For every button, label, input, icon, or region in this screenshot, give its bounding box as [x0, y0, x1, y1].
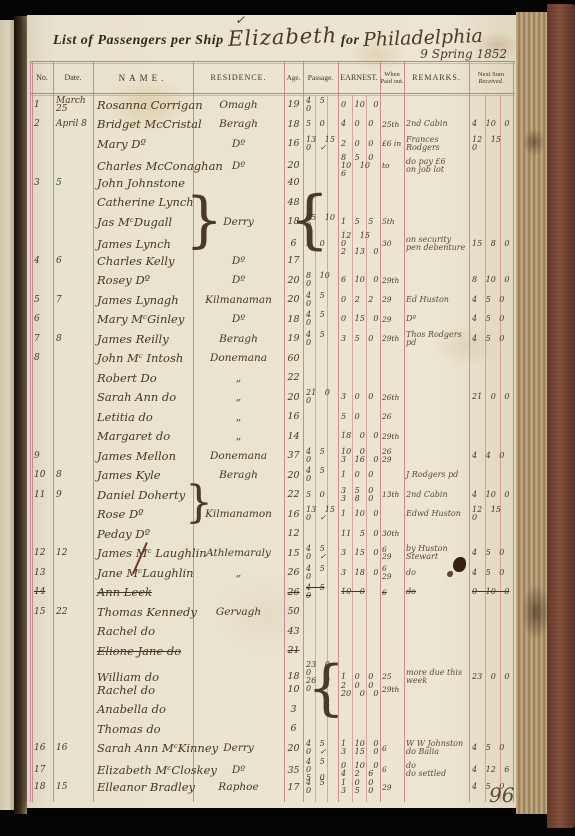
cell-pas: 4 5 0 ✓ — [303, 545, 338, 561]
cell-pas: 15 10 0 — [303, 214, 338, 230]
cell-rem: Frances Rodgers — [404, 136, 469, 152]
cell-pas: 5 0 — [303, 491, 338, 499]
ledger-row: Charles McConaghanDº208 5 0 10 10 6todo … — [31, 154, 514, 174]
cell-when: 29 — [380, 296, 404, 304]
ledger-row: 9James MellonDonemana374 5 010 0 3 16 02… — [31, 446, 514, 466]
ledger-row: 6Mary MᶜGinleyDº184 5 00 15 029Dº4 5 0 — [31, 310, 514, 330]
cell-pas: 4 5 0 — [303, 467, 338, 483]
cell-name: Robert Do — [93, 371, 193, 385]
cell-ear: 0 2 2 — [338, 296, 380, 304]
cell-name: Sarah Ann MᶜKinney — [93, 741, 193, 755]
bottom-total: 96 — [489, 783, 514, 807]
cell-ear: 3 0 0 — [338, 393, 380, 401]
cell-age: 14 — [284, 431, 303, 442]
ledger-row: 119Daniel Doherty225 03 5 0 3 8 013th2nd… — [31, 485, 514, 505]
cell-age: 43 — [284, 626, 303, 637]
cell-when: 29th — [380, 433, 404, 441]
cell-next: 4 10 0 — [469, 491, 514, 499]
ledger-row: Letitia do„165 026 — [31, 407, 514, 427]
cell-age: 22 — [284, 372, 303, 383]
ledger-row: 13Jane MᶜLaughlin„264 5 03 18 06 29do4 5… — [31, 563, 514, 583]
cell-date: 6 — [53, 257, 93, 265]
cell-ear: 1 10 0 3 15 0 — [338, 740, 380, 756]
cell-no: 8 — [31, 354, 53, 362]
cell-pas: 13 15 0 ✓ — [303, 136, 338, 152]
cell-name: James Kyle — [93, 468, 193, 482]
cell-no: 4 — [31, 257, 53, 265]
cell-no: 17 — [31, 766, 53, 774]
cell-age: 20 — [284, 392, 303, 403]
cell-no: 5 — [31, 296, 53, 304]
cell-age: 18 — [284, 314, 303, 325]
ledger-row: 17Elizabeth MᶜCloskeyDº354 5 0 5 00 10 0… — [31, 758, 514, 778]
cell-res: „ — [193, 372, 284, 384]
cell-pas: 4 5 0 — [303, 292, 338, 308]
cell-res: Derry — [193, 742, 284, 754]
cell-ear: 1 10 0 — [338, 510, 380, 518]
cell-date: 16 — [53, 744, 93, 752]
cell-name: Rachel do — [93, 683, 193, 697]
ledger-row: 1522Thomas KennedyGervagh50 — [31, 602, 514, 622]
ledger-row: Thomas do6 — [31, 719, 514, 739]
cell-age: 18 — [284, 119, 303, 130]
cell-name: Thomas Kennedy — [93, 605, 193, 619]
cell-next: 4 5 0 — [469, 569, 514, 577]
cell-date: 7 — [53, 296, 93, 304]
cell-name: Anabella do — [93, 702, 193, 716]
cell-res: Gervagh — [193, 606, 284, 618]
cell-age: 20 — [284, 294, 303, 305]
ledger-row: 57James LynaghKilmanaman204 5 00 2 229Ed… — [31, 290, 514, 310]
cell-when: 29 — [380, 784, 404, 792]
cell-ear: 2 0 0 20 0 0 — [338, 682, 380, 698]
cell-pas: 4 5 0 — [303, 565, 338, 581]
cell-res: Dº — [193, 255, 284, 267]
cell-no: 10 — [31, 471, 53, 479]
cell-name: Rosanna Corrigan — [93, 98, 193, 112]
cell-no: 3 — [31, 179, 53, 187]
cell-when: 30th — [380, 530, 404, 538]
cell-res: Omagh — [193, 99, 284, 111]
cell-name: Sarah Ann do — [93, 390, 193, 404]
cell-name: Mary Dº — [93, 137, 193, 151]
cell-when: 29th — [380, 277, 404, 285]
cell-date: 22 — [53, 608, 93, 616]
header-date: Date. — [53, 62, 93, 93]
cell-rem: do — [404, 588, 469, 596]
cell-no: 14 — [31, 588, 53, 596]
ledger-row: William do1823 0 0 26 0 01 0 025more due… — [31, 661, 514, 681]
ledger-row: 108James KyleBeragh204 5 01 0 0J Rodgers… — [31, 466, 514, 486]
header-next-sum-line2: Received. — [478, 78, 503, 85]
cell-when: 6 — [380, 589, 404, 597]
cell-name: Bridget McCristal — [93, 117, 193, 131]
cell-next: 21 0 0 — [469, 393, 514, 401]
cell-age: 6 — [284, 723, 303, 734]
title-printed: List of Passengers per Ship — [53, 33, 224, 49]
cell-next: 4 4 0 — [469, 452, 514, 460]
cell-age: 26 — [284, 567, 303, 578]
cell-pas: 4 5 0 — [303, 584, 338, 600]
cell-when: 13th — [380, 491, 404, 499]
cell-ear: 0 15 0 — [338, 315, 380, 323]
cell-rem: do do settled — [404, 762, 469, 778]
ledger-row: 8John Mᶜ IntoshDonemana60 — [31, 349, 514, 369]
ledger-row: Rachel do102 0 0 20 0 029th — [31, 680, 514, 700]
cell-when: 26 29 — [380, 448, 404, 463]
cell-next: 0 10 0 — [469, 588, 514, 596]
header-remarks: REMARKS. — [404, 62, 469, 93]
cell-age: 12 — [284, 528, 303, 539]
cell-pas: 5 0 — [303, 120, 338, 128]
header-earnest: EARNEST. — [338, 62, 380, 93]
cell-ear: 3 15 0 — [338, 549, 380, 557]
cell-age: 20 — [284, 160, 303, 171]
cell-rem: Ed Huston — [404, 296, 469, 304]
ledger-row: 14Ann Leek264 5 010 06do0 10 0 — [31, 583, 514, 603]
cell-when: 6 29 — [380, 546, 404, 561]
cell-pas: 3 0 — [303, 240, 338, 248]
header-name: NAME. — [93, 62, 193, 93]
cell-age: 3 — [284, 704, 303, 715]
previous-page-edge — [0, 20, 14, 810]
cell-age: 60 — [284, 353, 303, 364]
cell-name: Charles Kelly — [93, 254, 193, 268]
ledger-row: Rachel do43 — [31, 622, 514, 642]
cell-date: March 25 — [53, 97, 93, 113]
ledger-row: Robert Do„22 — [31, 368, 514, 388]
cell-next: 8 10 0 — [469, 276, 514, 284]
cell-next: 4 5 0 — [469, 335, 514, 343]
cell-no: 2 — [31, 120, 53, 128]
cell-res: „ — [193, 411, 284, 423]
cell-next: 15 8 0 — [469, 240, 514, 248]
ledger-row: Jas MᶜDugallDerry1815 10 01 5 55th — [31, 212, 514, 232]
cell-age: 10 — [284, 684, 303, 695]
cell-ear: 1 0 0 — [338, 471, 380, 479]
cell-next: 12 15 0 — [469, 506, 514, 522]
cell-when: £6 in — [380, 140, 404, 148]
cell-age: 21 — [284, 645, 303, 656]
page-fore-edge — [516, 12, 547, 814]
cell-next: 4 5 0 — [469, 744, 514, 752]
cell-next: 4 12 6 — [469, 766, 514, 774]
header-rule-bottom — [30, 93, 515, 94]
ledger-row: 1212James Mᶜ LaughlinAthlemaraly154 5 0 … — [31, 544, 514, 564]
cell-res: Donemana — [193, 352, 284, 364]
cell-rem: 2nd Cabin — [404, 491, 469, 499]
cell-no: 11 — [31, 491, 53, 499]
cell-name: Elizabeth MᶜCloskey — [93, 763, 193, 777]
cell-ear: 11 5 0 — [338, 530, 380, 538]
cell-when: to — [380, 162, 404, 170]
cell-ear: 1 5 5 — [338, 218, 380, 226]
cell-ear: 10 0 — [338, 588, 380, 596]
cell-rem: J Rodgers pd — [404, 471, 469, 479]
cell-when: 25th — [380, 121, 404, 129]
cell-no: 15 — [31, 608, 53, 616]
cell-date: 5 — [53, 179, 93, 187]
cell-age: 16 — [284, 138, 303, 149]
cell-when: 29th — [380, 686, 404, 694]
cell-pas: 21 0 0 — [303, 389, 338, 405]
cell-res: Dº — [193, 764, 284, 776]
cell-age: 20 — [284, 470, 303, 481]
cell-rem: do pay £6 on job lot — [404, 158, 469, 174]
cell-ear: 5 0 — [338, 413, 380, 421]
cell-pas: 4 5 0 — [303, 331, 338, 347]
ledger-row: Margaret do„1418 0 029th — [31, 427, 514, 447]
cell-age: 50 — [284, 606, 303, 617]
cell-name: Peday Dº — [93, 527, 193, 541]
check-mark: ✓ — [235, 13, 245, 27]
cell-name: Rose Dº — [93, 507, 193, 521]
ledger-row: Catherine Lynch48 — [31, 193, 514, 213]
cell-next: 12 15 0 — [469, 136, 514, 152]
cell-date: 9 — [53, 491, 93, 499]
cell-date: April 8 — [53, 120, 93, 128]
cell-name: Daniel Doherty — [93, 488, 193, 502]
header-no: No. — [31, 62, 53, 93]
cell-name: John Johnstone — [93, 176, 193, 190]
ledger-row: Peday Dº1211 5 030th — [31, 524, 514, 544]
page-title: List of Passengers per Ship Elizabeth fo… — [53, 25, 509, 49]
cell-res: Dº — [193, 160, 284, 172]
cell-ear: 10 0 3 16 0 — [338, 448, 380, 464]
cell-pas: 4 5 0 — [303, 448, 338, 464]
ledger-row: James Lynch63 012 15 0 2 13 030on securi… — [31, 232, 514, 252]
cell-name: Jane MᶜLaughlin — [93, 566, 193, 580]
cell-res: Raphoe — [193, 781, 284, 793]
header-age: Age. — [284, 62, 303, 93]
header-residence: RESIDENCE. — [193, 62, 284, 93]
cell-age: 17 — [284, 255, 303, 266]
cell-when: 26 — [380, 413, 404, 421]
ledger-row: Rose DºKilmanamon1613 15 0 ✓1 10 0Edwd H… — [31, 505, 514, 525]
cell-res: „ — [193, 391, 284, 403]
ledger-page: List of Passengers per Ship Elizabeth fo… — [27, 15, 516, 808]
cell-name: Ann Leek — [93, 585, 193, 599]
cell-ear: 18 0 0 — [338, 432, 380, 440]
cell-pas: 4 5 0 — [303, 779, 338, 795]
cell-res: „ — [193, 567, 284, 579]
cell-rem: 2nd Cabin — [404, 120, 469, 128]
cell-when: 6 29 — [380, 565, 404, 580]
cell-age: 22 — [284, 489, 303, 500]
cell-name: Thomas do — [93, 722, 193, 736]
cell-age: 19 — [284, 333, 303, 344]
book-cover — [547, 4, 575, 828]
ledger-row: Rosey DºDº208 10 06 10 029th8 10 0 — [31, 271, 514, 291]
cell-age: 18 — [284, 216, 303, 227]
cell-next: 4 5 0 — [469, 315, 514, 323]
cell-age: 15 — [284, 548, 303, 559]
cell-age: 17 — [284, 782, 303, 793]
cell-res: Derry — [193, 216, 284, 228]
cell-age: 20 — [284, 743, 303, 754]
cell-name: Jas MᶜDugall — [93, 215, 193, 229]
cell-ear: 3 5 0 — [338, 335, 380, 343]
cell-name: James Reilly — [93, 332, 193, 346]
cell-name: James Lynch — [93, 237, 193, 251]
cell-res: Beragh — [193, 118, 284, 130]
cell-ear: 3 5 0 3 8 0 — [338, 487, 380, 503]
cell-rem: W W Johnston do Balia — [404, 740, 469, 756]
cell-pas: 4 5 0 — [303, 97, 338, 113]
cell-no: 6 — [31, 315, 53, 323]
cell-res: Dº — [193, 274, 284, 286]
cell-name: James Lynagh — [93, 293, 193, 307]
cell-date: 12 — [53, 549, 93, 557]
ledger-row: 35John Johnstone40 — [31, 173, 514, 193]
cell-rem: Dº — [404, 315, 469, 323]
cell-res: Dº — [193, 313, 284, 325]
cell-res: Beragh — [193, 469, 284, 481]
cell-ear: 0 10 0 — [338, 101, 380, 109]
cell-name: Elleanor Bradley — [93, 780, 193, 794]
ledger-row: 2April 8Bridget McCristalBeragh185 04 0 … — [31, 115, 514, 135]
cell-next: 4 5 0 — [469, 549, 514, 557]
cell-next: 4 5 0 — [469, 296, 514, 304]
ledger-row: 1815Elleanor BradleyRaphoe174 5 01 0 0 3… — [31, 778, 514, 798]
cell-when: 26th — [380, 394, 404, 402]
cell-name: John Mᶜ Intosh — [93, 351, 193, 365]
cell-ear: 2 0 0 — [338, 140, 380, 148]
cell-res: Beragh — [193, 333, 284, 345]
header-next-sum-line1: Next Sum — [478, 71, 504, 78]
cell-no: 9 — [31, 452, 53, 460]
cell-ear: 3 18 0 — [338, 569, 380, 577]
cell-name: Margaret do — [93, 429, 193, 443]
cell-ear: 4 0 0 — [338, 120, 380, 128]
cell-age: 37 — [284, 450, 303, 461]
cell-age: 19 — [284, 99, 303, 110]
ledger-row: 1616Sarah Ann MᶜKinneyDerry204 5 0 ✓1 10… — [31, 739, 514, 759]
cell-next: 4 10 0 — [469, 120, 514, 128]
passenger-rows: 1March 25Rosanna CorriganOmagh194 5 00 1… — [31, 95, 514, 797]
cell-name: Elione Jane do — [93, 644, 193, 658]
cell-name: Rachel do — [93, 624, 193, 638]
cell-age: 6 — [284, 238, 303, 249]
cell-no: 16 — [31, 744, 53, 752]
cell-age: 16 — [284, 509, 303, 520]
cell-when: 6 — [380, 745, 404, 753]
cell-when: 29th — [380, 335, 404, 343]
cell-rem: Edwd Huston — [404, 510, 469, 518]
ledger-row: 46Charles KellyDº17 — [31, 251, 514, 271]
header-passage: Passage. — [303, 62, 338, 93]
cell-date: 8 — [53, 471, 93, 479]
cell-no: 13 — [31, 569, 53, 577]
cell-res: „ — [193, 430, 284, 442]
ship-name: Elizabeth — [227, 23, 337, 51]
cell-when: 6 — [380, 766, 404, 774]
cell-pas: 4 5 0 ✓ — [303, 740, 338, 756]
cell-pas: 8 10 0 — [303, 272, 338, 288]
cell-age: 35 — [284, 765, 303, 776]
cell-pas: 4 5 0 — [303, 311, 338, 327]
cell-age: 26 — [284, 587, 303, 598]
cell-date: 8 — [53, 335, 93, 343]
cell-age: 40 — [284, 177, 303, 188]
cell-name: Charles McConaghan — [93, 159, 193, 173]
cell-age: 20 — [284, 275, 303, 286]
ledger-row: 1March 25Rosanna CorriganOmagh194 5 00 1… — [31, 95, 514, 115]
cell-name: James Mellon — [93, 449, 193, 463]
cell-date: 15 — [53, 783, 93, 791]
cell-ear: 1 0 0 3 5 0 — [338, 779, 380, 795]
header-next-sum: Next Sum Received. — [469, 62, 513, 93]
cell-when: 29 — [380, 316, 404, 324]
cell-name: Letitia do — [93, 410, 193, 424]
cell-no: 1 — [31, 101, 53, 109]
cell-res: Kilmanaman — [193, 294, 284, 306]
voyage-date-note: 9 Spring 1852 — [327, 47, 507, 61]
header-when-paid-out: When Paid out. — [380, 62, 404, 93]
cell-when: 30 — [380, 240, 404, 248]
cell-rem: on security pen debenture — [404, 236, 469, 252]
cell-when: 5th — [380, 218, 404, 226]
cell-no: 7 — [31, 335, 53, 343]
cell-rem: Thos Rodgers pd — [404, 331, 469, 347]
cell-age: 48 — [284, 197, 303, 208]
ledger-row: Elione Jane do21 — [31, 641, 514, 661]
ledger-row: Sarah Ann do„2021 0 03 0 026th21 0 0 — [31, 388, 514, 408]
cell-pas: 13 15 0 ✓ — [303, 506, 338, 522]
book-gutter — [14, 16, 27, 814]
cell-name: Catherine Lynch — [93, 195, 193, 209]
ledger-photo: List of Passengers per Ship Elizabeth fo… — [0, 0, 575, 836]
ledger-row: 78James ReillyBeragh194 5 03 5 029thThos… — [31, 329, 514, 349]
cell-res: Kilmanamon — [193, 508, 284, 520]
cell-res: Dº — [193, 138, 284, 150]
ledger-row: Anabella do3 — [31, 700, 514, 720]
cell-name: Rosey Dº — [93, 273, 193, 287]
cell-name: Mary MᶜGinley — [93, 312, 193, 326]
cell-res: Athlemaraly — [193, 547, 284, 559]
cell-ear: 6 10 0 — [338, 276, 380, 284]
ledger-row: Mary DºDº1613 15 0 ✓2 0 0£6 inFrances Ro… — [31, 134, 514, 154]
cell-res: Donemana — [193, 450, 284, 462]
cell-no: 12 — [31, 549, 53, 557]
cell-age: 16 — [284, 411, 303, 422]
cell-no: 18 — [31, 783, 53, 791]
cell-ear: 0 10 0 4 2 6 — [338, 762, 380, 778]
